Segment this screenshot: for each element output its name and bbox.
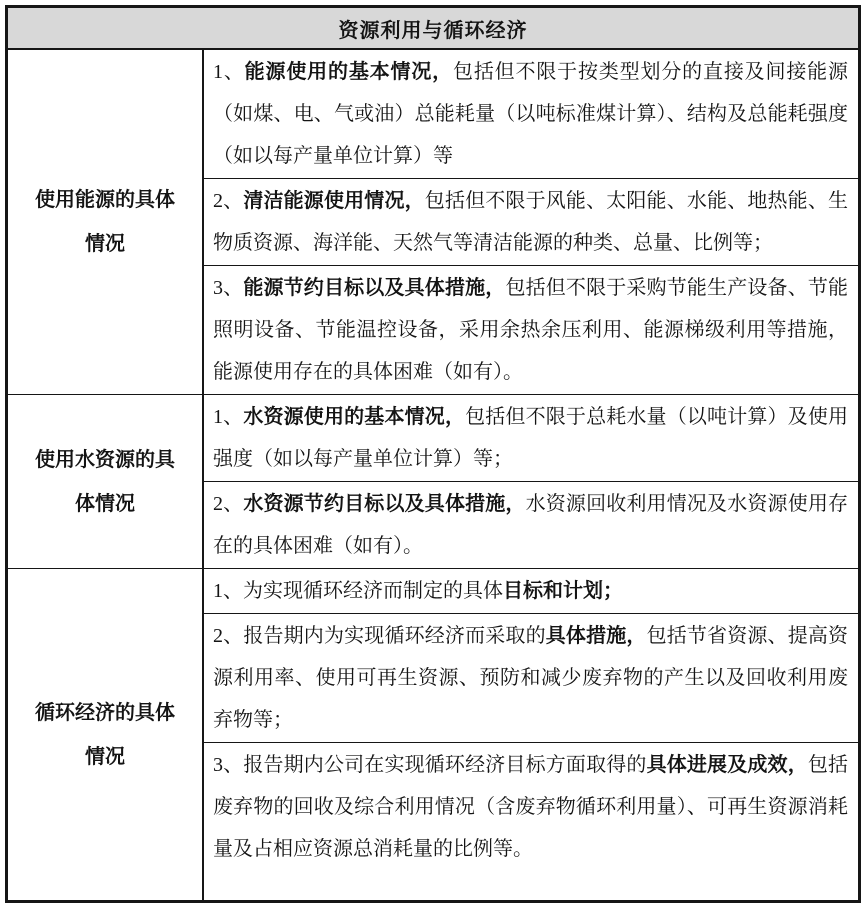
table-row-circular-economy: 循环经济的具体情况 1、为实现循环经济而制定的具体目标和计划； 2、报告期内为实…	[8, 569, 858, 900]
table-title-text: 资源利用与循环经济	[339, 14, 528, 43]
item-prefix: 1、	[213, 61, 245, 83]
row-header-energy-label: 使用能源的具体情况	[34, 178, 176, 266]
item-prefix: 2、	[213, 190, 243, 212]
water-items-column: 1、水资源使用的基本情况，包括但不限于总耗水量（以吨计算）及使用强度（如以每产量…	[204, 395, 858, 568]
table-cell-energy-item-1: 1、能源使用的基本情况，包括但不限于按类型划分的直接及间接能源（如煤、电、气或油…	[204, 50, 858, 179]
item-prefix: 1、	[213, 406, 243, 428]
item-prefix: 3、	[213, 277, 243, 299]
item-bold-heading: 清洁能源使用情况，	[243, 190, 424, 212]
table-row-water: 使用水资源的具体情况 1、水资源使用的基本情况，包括但不限于总耗水量（以吨计算）…	[8, 395, 858, 569]
document-page: 资源利用与循环经济 使用能源的具体情况 1、能源使用的基本情况，包括但不限于按类…	[0, 0, 865, 913]
item-prefix: 2、	[213, 493, 243, 515]
circular-economy-items-column: 1、为实现循环经济而制定的具体目标和计划； 2、报告期内为实现循环经济而采取的具…	[204, 569, 858, 900]
item-prefix: 3、报告期内公司在实现循环经济目标方面取得的	[213, 754, 647, 776]
item-bold-heading: 目标和计划；	[503, 580, 623, 602]
table-cell-water-item-2: 2、水资源节约目标以及具体措施，水资源回收利用情况及水资源使用存在的具体困难（如…	[204, 482, 858, 568]
row-header-water: 使用水资源的具体情况	[8, 395, 204, 568]
table-cell-energy-item-2: 2、清洁能源使用情况，包括但不限于风能、太阳能、水能、地热能、生物质资源、海洋能…	[204, 179, 858, 266]
row-header-energy: 使用能源的具体情况	[8, 50, 204, 394]
item-bold-heading: 能源节约目标以及具体措施，	[243, 277, 505, 299]
item-bold-heading: 水资源节约目标以及具体措施，	[243, 493, 525, 515]
table-cell-circular-item-3: 3、报告期内公司在实现循环经济目标方面取得的具体进展及成效，包括废弃物的回收及综…	[204, 743, 858, 900]
item-prefix: 2、报告期内为实现循环经济而采取的	[213, 625, 546, 647]
item-bold-heading: 具体措施，	[546, 625, 647, 647]
item-bold-heading: 能源使用的基本情况，	[245, 61, 453, 83]
table-cell-energy-item-3: 3、能源节约目标以及具体措施，包括但不限于采购节能生产设备、节能照明设备、节能温…	[204, 266, 858, 394]
resource-utilization-table: 资源利用与循环经济 使用能源的具体情况 1、能源使用的基本情况，包括但不限于按类…	[5, 5, 861, 903]
table-title: 资源利用与循环经济	[8, 8, 858, 50]
row-header-circular-economy: 循环经济的具体情况	[8, 569, 204, 900]
item-bold-heading: 具体进展及成效，	[647, 754, 808, 776]
item-prefix: 1、为实现循环经济而制定的具体	[213, 580, 503, 602]
table-cell-circular-item-1: 1、为实现循环经济而制定的具体目标和计划；	[204, 569, 858, 614]
table-cell-water-item-1: 1、水资源使用的基本情况，包括但不限于总耗水量（以吨计算）及使用强度（如以每产量…	[204, 395, 858, 482]
item-bold-heading: 水资源使用的基本情况，	[243, 406, 465, 428]
energy-items-column: 1、能源使用的基本情况，包括但不限于按类型划分的直接及间接能源（如煤、电、气或油…	[204, 50, 858, 394]
row-header-circular-economy-label: 循环经济的具体情况	[34, 691, 176, 779]
row-header-water-label: 使用水资源的具体情况	[34, 438, 176, 526]
table-cell-circular-item-2: 2、报告期内为实现循环经济而采取的具体措施，包括节省资源、提高资源利用率、使用可…	[204, 614, 858, 743]
table-row-energy: 使用能源的具体情况 1、能源使用的基本情况，包括但不限于按类型划分的直接及间接能…	[8, 50, 858, 395]
